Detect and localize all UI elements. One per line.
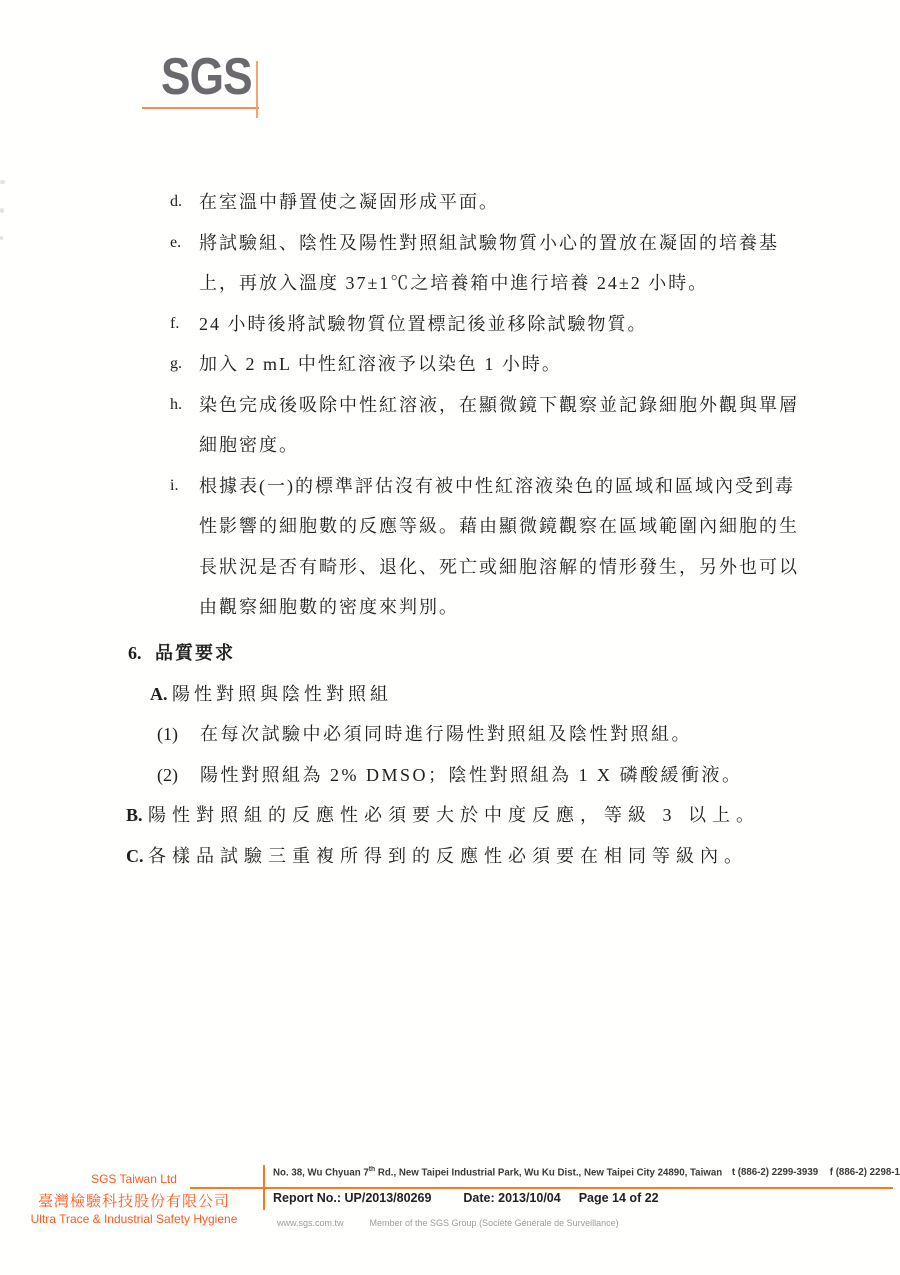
footer-fax: f (886-2) 2298-1338 (830, 1167, 900, 1178)
line-text: 上，再放入溫度 37±1℃之培養箱中進行培養 24±2 小時。 (199, 271, 708, 295)
line-marker: i. (170, 474, 178, 498)
sgs-logo: SGS (161, 51, 252, 103)
line-text: 細胞密度。 (199, 433, 299, 457)
line-text: 在每次試驗中必須同時進行陽性對照組及陰性對照組。 (200, 722, 692, 746)
report-number: Report No.: UP/2013/80269 (273, 1191, 431, 1205)
footer-address: No. 38, Wu Chyuan 7th Rd., New Taipei In… (273, 1166, 874, 1178)
line-text: 長狀況是否有畸形、退化、死亡或細胞溶解的情形發生，另外也可以 (199, 555, 799, 579)
body-line: 長狀況是否有畸形、退化、死亡或細胞溶解的情形發生，另外也可以 (0, 548, 900, 589)
line-text: 根據表(一)的標準評估沒有被中性紅溶液染色的區域和區域內受到毒 (199, 474, 795, 498)
line-marker: e. (170, 231, 181, 255)
line-text: 陽性對照組的反應性必須要大於中度反應，等級 3 以上。 (148, 803, 760, 827)
body-line: g. 加入 2 mL 中性紅溶液予以染色 1 小時。 (0, 345, 900, 386)
body-line: B. 陽性對照組的反應性必須要大於中度反應，等級 3 以上。 (0, 796, 900, 837)
line-text: 陽性對照組為 2% DMSO；陰性對照組為 1 X 磷酸緩衝液。 (200, 763, 743, 787)
footer-web-line: www.sgs.com.twMember of the SGS Group (S… (277, 1218, 619, 1228)
body-line: (1) 在每次試驗中必須同時進行陽性對照組及陰性對照組。 (0, 715, 900, 756)
body-line: 性影響的細胞數的反應等級。藉由顯微鏡觀察在區域範圍內細胞的生 (0, 507, 900, 548)
body-line: 上，再放入溫度 37±1℃之培養箱中進行培養 24±2 小時。 (0, 264, 900, 305)
footer-division-name: Ultra Trace & Industrial Safety Hygiene (0, 1212, 268, 1226)
body-line: f. 24 小時後將試驗物質位置標記後並移除試驗物質。 (0, 305, 900, 346)
body-line: 由觀察細胞數的密度來判別。 (0, 588, 900, 629)
line-marker: C. (126, 844, 144, 868)
report-date: Date: 2013/10/04 (463, 1191, 560, 1205)
body-line: C. 各樣品試驗三重複所得到的反應性必須要在相同等級內。 (0, 837, 900, 878)
footer-member-text: Member of the SGS Group (Société Général… (370, 1218, 619, 1228)
footer-website: www.sgs.com.tw (277, 1218, 344, 1228)
footer-vertical-rule (263, 1165, 265, 1210)
line-marker: f. (170, 312, 179, 336)
address-pre: No. 38, Wu Chyuan 7 (273, 1167, 369, 1178)
line-marker: A. (150, 682, 168, 706)
body-line: e. 將試驗組、陰性及陽性對照組試驗物質小心的置放在凝固的培養基 (0, 224, 900, 265)
line-text: 性影響的細胞數的反應等級。藉由顯微鏡觀察在區域範圍內細胞的生 (199, 514, 799, 538)
logo-underline-rule (142, 107, 259, 109)
line-text: 各樣品試驗三重複所得到的反應性必須要在相同等級內。 (148, 844, 748, 868)
line-text: 加入 2 mL 中性紅溶液予以染色 1 小時。 (199, 352, 562, 376)
footer-company-name-en: SGS Taiwan Ltd (0, 1172, 268, 1186)
line-marker: (2) (157, 763, 178, 787)
line-marker: B. (126, 803, 143, 827)
line-text: 24 小時後將試驗物質位置標記後並移除試驗物質。 (199, 312, 648, 336)
body-line: (2) 陽性對照組為 2% DMSO；陰性對照組為 1 X 磷酸緩衝液。 (0, 756, 900, 797)
footer-horizontal-rule (190, 1187, 893, 1189)
line-text: 由觀察細胞數的密度來判別。 (199, 595, 459, 619)
footer-telephone: t (886-2) 2299-3939 (732, 1167, 818, 1178)
line-text: 在室溫中靜置使之凝固形成平面。 (199, 190, 499, 214)
body-line: d. 在室溫中靜置使之凝固形成平面。 (0, 183, 900, 224)
address-rest: Rd., New Taipei Industrial Park, Wu Ku D… (375, 1167, 722, 1178)
line-marker: 6. (128, 641, 142, 665)
document-page: SGS d. 在室溫中靜置使之凝固形成平面。 e. 將試驗組、陰性及陽性對照組試… (0, 0, 900, 1275)
line-marker: g. (170, 352, 182, 376)
report-page: Page 14 of 22 (579, 1191, 659, 1205)
line-marker: h. (170, 393, 182, 417)
line-marker: d. (170, 190, 182, 214)
body-line: 6. 品質要求 (0, 634, 900, 675)
body-line: i. 根據表(一)的標準評估沒有被中性紅溶液染色的區域和區域內受到毒 (0, 467, 900, 508)
line-text: 品質要求 (155, 641, 235, 665)
line-text: 陽性對照與陰性對照組 (172, 682, 392, 706)
line-text: 將試驗組、陰性及陽性對照組試驗物質小心的置放在凝固的培養基 (199, 231, 779, 255)
body-text: d. 在室溫中靜置使之凝固形成平面。 e. 將試驗組、陰性及陽性對照組試驗物質小… (0, 183, 900, 877)
logo-vertical-rule (256, 61, 258, 118)
footer-report-line: Report No.: UP/2013/80269Date: 2013/10/0… (273, 1191, 659, 1205)
footer-company-name-zh: 臺灣檢驗科技股份有限公司 (0, 1190, 268, 1211)
line-text: 染色完成後吸除中性紅溶液，在顯微鏡下觀察並記錄細胞外觀與單層 (199, 393, 799, 417)
body-line: h. 染色完成後吸除中性紅溶液，在顯微鏡下觀察並記錄細胞外觀與單層 (0, 386, 900, 427)
body-line: A. 陽性對照與陰性對照組 (0, 675, 900, 716)
body-line: 細胞密度。 (0, 426, 900, 467)
line-marker: (1) (157, 722, 178, 746)
